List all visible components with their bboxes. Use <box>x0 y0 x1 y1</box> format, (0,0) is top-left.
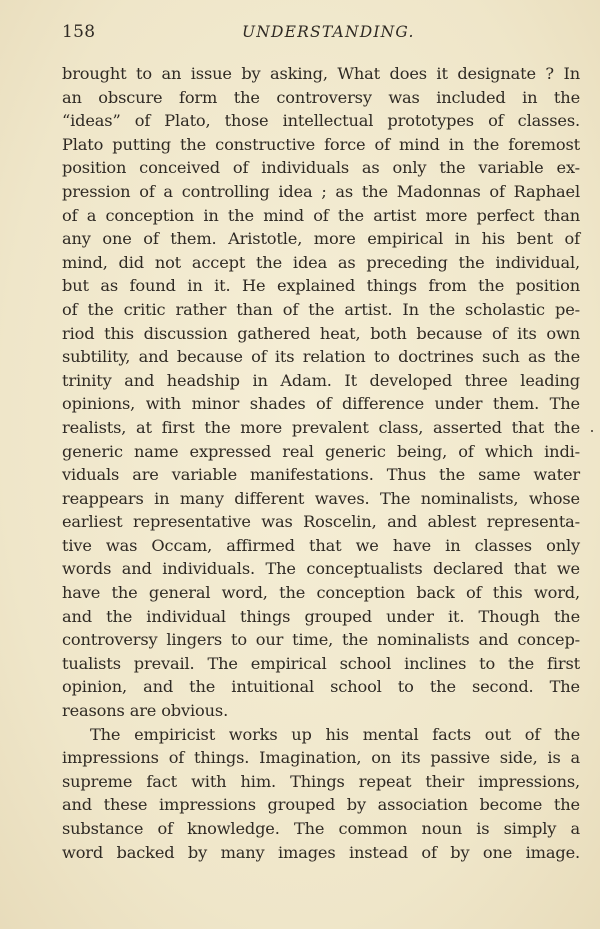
paragraph-1: brought to an issue by asking, What does… <box>62 62 580 723</box>
text-line: opinions, with minor shades of differenc… <box>62 392 580 416</box>
text-line: and the individual things grouped under … <box>62 605 580 629</box>
text-line: generic name expressed real generic bein… <box>62 440 580 464</box>
text-line: an obscure form the controversy was incl… <box>62 86 580 110</box>
text-line: controversy lingers to our time, the nom… <box>62 628 580 652</box>
text-line: brought to an issue by asking, What does… <box>62 62 580 86</box>
text-line: viduals are variable manifestations. Thu… <box>62 463 580 487</box>
paragraph-2: The empiricist works up his mental facts… <box>62 723 580 865</box>
text-line: “ideas” of Plato, those intellectual pro… <box>62 109 580 133</box>
text-line: position conceived of individuals as onl… <box>62 156 580 180</box>
text-line: any one of them. Aristotle, more empiric… <box>62 227 580 251</box>
text-line: opinion, and the intuitional school to t… <box>62 675 580 699</box>
book-page: 158 UNDERSTANDING. brought to an issue b… <box>0 0 600 929</box>
text-line: of a conception in the mind of the artis… <box>62 204 580 228</box>
text-line: tive was Occam, affirmed that we have in… <box>62 534 580 558</box>
text-line: reasons are obvious. <box>62 699 580 723</box>
text-line: mind, did not accept the idea as precedi… <box>62 251 580 275</box>
text-line: reappears in many different waves. The n… <box>62 487 580 511</box>
text-line: subtility, and because of its relation t… <box>62 345 580 369</box>
text-line: riod this discussion gathered heat, both… <box>62 322 580 346</box>
text-line: have the general word, the conception ba… <box>62 581 580 605</box>
text-line: supreme fact with him. Things repeat the… <box>62 770 580 794</box>
text-line: impressions of things. Imagination, on i… <box>62 746 580 770</box>
text-line: and these impressions grouped by associa… <box>62 793 580 817</box>
text-line: pression of a controlling idea ; as the … <box>62 180 580 204</box>
text-line: word backed by many images instead of by… <box>62 841 580 865</box>
text-line: tualists prevail. The empirical school i… <box>62 652 580 676</box>
body-text: brought to an issue by asking, What does… <box>62 62 580 864</box>
text-line: Plato putting the constructive force of … <box>62 133 580 157</box>
text-line: The empiricist works up his mental facts… <box>62 723 580 747</box>
print-speck <box>591 430 593 432</box>
page-number: 158 <box>62 22 95 42</box>
text-line: words and individuals. The conceptualist… <box>62 557 580 581</box>
text-line: realists, at first the more prevalent cl… <box>62 416 580 440</box>
text-line: of the critic rather than of the artist.… <box>62 298 580 322</box>
running-head: 158 UNDERSTANDING. <box>62 22 552 46</box>
text-line: trinity and headship in Adam. It develop… <box>62 369 580 393</box>
text-line: substance of knowledge. The common noun … <box>62 817 580 841</box>
chapter-title: UNDERSTANDING. <box>242 23 415 41</box>
text-line: earliest representative was Roscelin, an… <box>62 510 580 534</box>
text-line: but as found in it. He explained things … <box>62 274 580 298</box>
